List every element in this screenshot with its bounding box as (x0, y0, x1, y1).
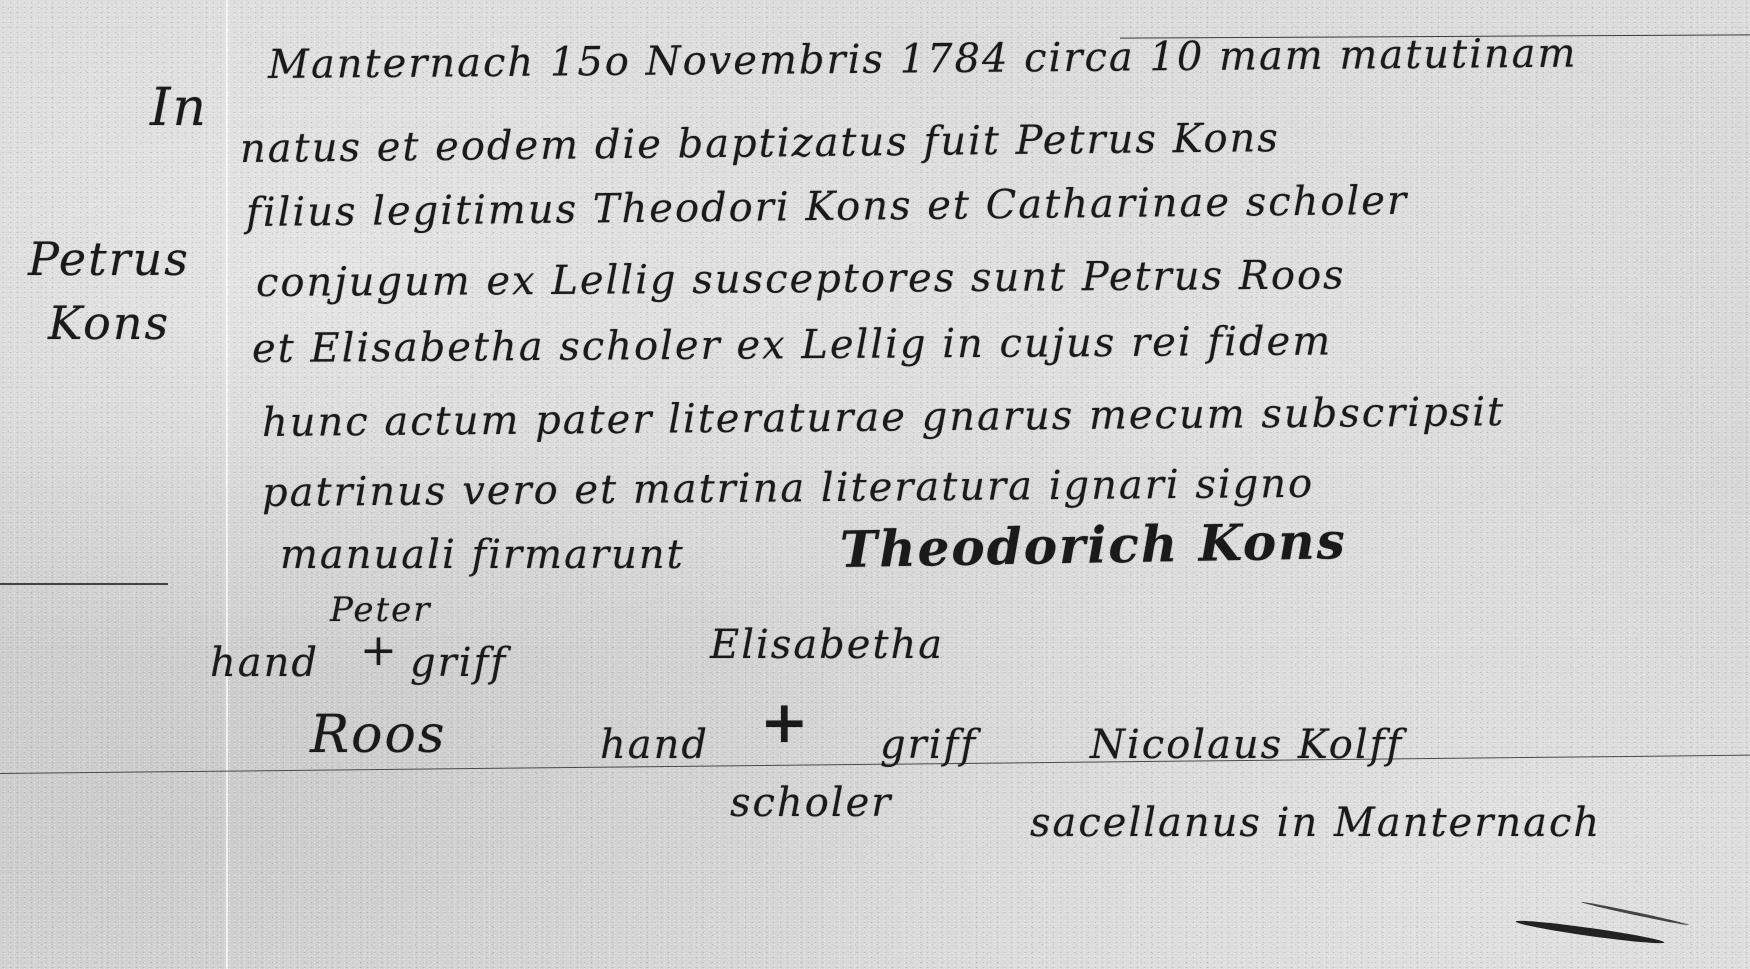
entry-line-8: manuali firmarunt (280, 532, 685, 578)
godfather-cross-mark: + (360, 625, 399, 676)
entry-line-2: natus et eodem die baptizatus fuit Petru… (240, 115, 1280, 172)
signature-flourish (1515, 918, 1665, 947)
register-page: In Petrus Kons Manternach 15o Novembris … (0, 0, 1750, 969)
godmother-name-top: Elisabetha (710, 622, 944, 668)
godmother-griff: griff (880, 722, 977, 768)
entry-line-3: filius legitimus Theodori Kons et Cathar… (246, 178, 1409, 236)
ruled-line-bottom (0, 755, 1750, 774)
margin-name-first: Petrus (28, 232, 190, 286)
entry-line-4: conjugum ex Lellig susceptores sunt Petr… (256, 252, 1346, 306)
father-signature: Theodorich Kons (839, 511, 1347, 579)
entry-line-1: Manternach 15o Novembris 1784 circa 10 m… (268, 31, 1578, 88)
entry-line-7: patrinus vero et matrina literatura igna… (262, 461, 1315, 516)
ruled-line-margin (0, 583, 168, 585)
godmother-name-bottom: scholer (730, 780, 892, 826)
priest-signature-title: sacellanus in Manternach (1030, 800, 1601, 846)
entry-line-5: et Elisabetha scholer ex Lellig in cujus… (252, 318, 1332, 372)
godfather-name-bottom: Roos (310, 705, 446, 765)
margin-rule (226, 0, 228, 969)
godfather-hand: hand (210, 640, 319, 686)
signature-flourish-loop (1581, 901, 1689, 927)
priest-signature-name: Nicolaus Kolff (1090, 722, 1403, 768)
godfather-name-top: Peter (330, 590, 432, 630)
entry-initial: In (150, 78, 208, 138)
godmother-cross-mark: + (760, 688, 811, 756)
godmother-hand: hand (600, 722, 709, 768)
godfather-griff: griff (410, 640, 507, 686)
entry-line-6: hunc actum pater literaturae gnarus mecu… (262, 389, 1506, 446)
margin-name-last: Kons (48, 296, 170, 350)
